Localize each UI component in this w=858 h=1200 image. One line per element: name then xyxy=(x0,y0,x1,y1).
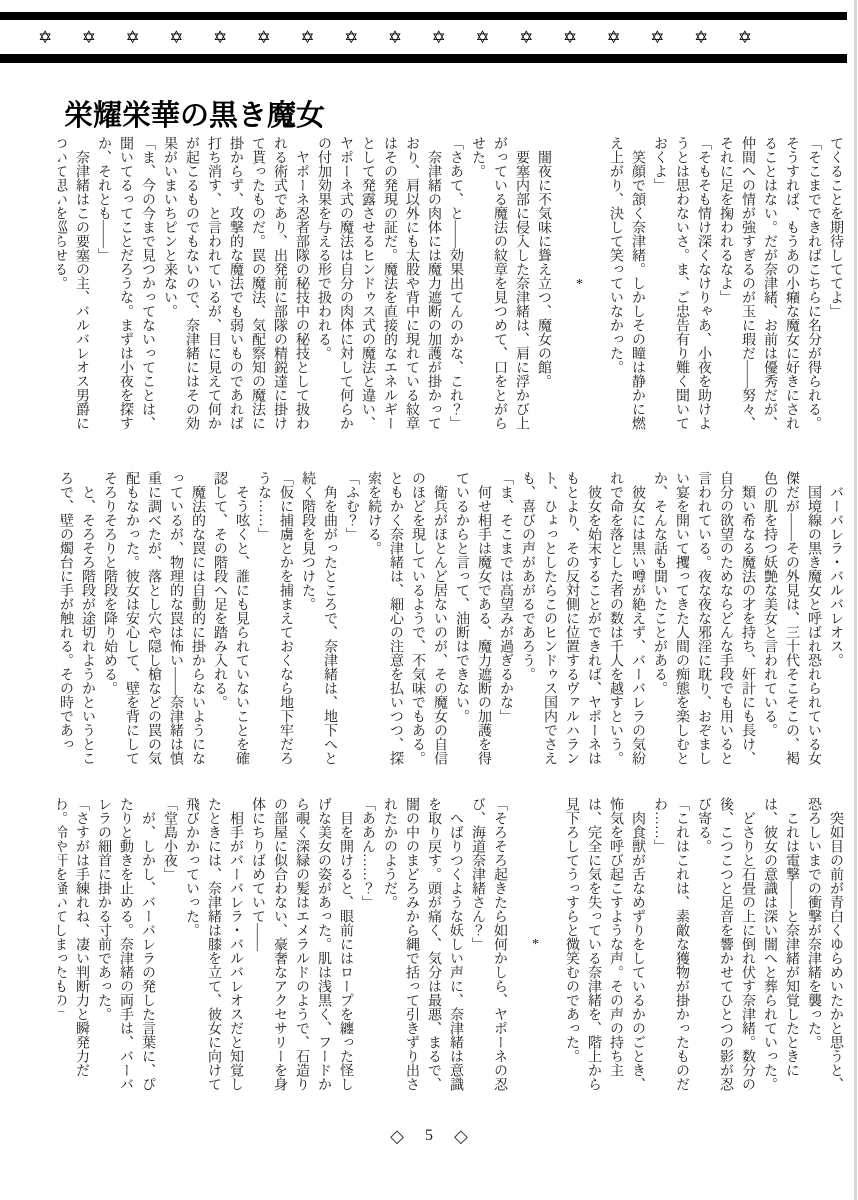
paragraph: ヤポーネ忍者部隊の秘技中の秘技として扱われる術式であり、出発前に部隊の精鋭達に掛… xyxy=(158,136,312,432)
paragraph: へばりつくような妖しい声に、奈津緒は意識を取り戻す。頭が痛く、気分は最悪、まるで… xyxy=(378,797,466,1091)
text-band-2: バーバレラ・バルバレオス。国境線の黒き魔女と呼ばれ恐れられている女傑だが――その… xyxy=(58,471,846,765)
star-of-david-icon: ✡ xyxy=(344,30,358,47)
header-rule-top xyxy=(0,12,847,20)
paragraph: 笑顔で頷く奈津緒。しかしその瞳は静かに燃え上がり、決して笑っていなかった。 xyxy=(604,136,648,432)
paragraph: 「ま、今の今まで見つかってないってことは、聞いてるってことだろうな。まずは小夜を… xyxy=(92,136,158,432)
paragraph: 「ま、そこまでは高望みが過ぎるかな」 xyxy=(494,471,516,765)
page-root: { "header": { "star_glyph": "✡", "star_c… xyxy=(0,0,858,1200)
star-of-david-icon: ✡ xyxy=(300,30,314,47)
paragraph: 衛兵がほとんど居ないのが、その魔女の自信のほどを現しているようで、不気味でもある… xyxy=(362,471,450,765)
paragraph: 「さあて、と――効果出てんのかな、これ？」 xyxy=(444,136,466,432)
paragraph: 奈津緒はこの要塞の主、バルバレオス男爵について思いを巡らせる。 xyxy=(58,136,92,432)
header-rule-bottom xyxy=(0,54,847,63)
star-of-david-icon: ✡ xyxy=(169,30,183,47)
diamond-icon: ◇ xyxy=(454,1127,468,1145)
paragraph: 相手がバーバレラ・バルバレオスだと知覚したときには、奈津緒は膝を立て、彼女に向け… xyxy=(180,797,246,1091)
star-of-david-icon: ✡ xyxy=(125,30,139,47)
paragraph: と、そろそろ階段が途切れようかというところで、壁の燭台に手が触れる。その時であっ… xyxy=(58,471,98,765)
paragraph: バーバレラ・バルバレオス。 xyxy=(824,471,846,765)
paragraph: 「そもそも情け深くなけりゃあ、小夜を助けようとは思わないさ。ま、ご忠告有り難く聞… xyxy=(648,136,714,432)
star-of-david-icon: ✡ xyxy=(82,30,96,47)
star-of-david-icon: ✡ xyxy=(694,30,708,47)
star-of-david-icon: ✡ xyxy=(213,30,227,47)
paragraph: 類い希なる魔法の才を持ち、奸計にも長け、自分の欲望のためならどんな手段でも用いる… xyxy=(648,471,758,765)
paragraph: そう呟くと、誰にも見られていないことを確認して、その階段へ足を踏み入れる。 xyxy=(208,471,252,765)
paragraph: 「仮に捕虜とかを捕まえておくなら地下牢だろうな……」 xyxy=(252,471,296,765)
paragraph: 魔法的な罠には自動的に掛からないようになっているが、物理的な罠は怖い――奈津緒は… xyxy=(98,471,208,765)
paragraph: 「これはこれは、素敵な獲物が掛かったものだわ……」 xyxy=(648,797,692,1091)
star-of-david-icon: ✡ xyxy=(388,30,402,47)
star-of-david-icon: ✡ xyxy=(432,30,446,47)
star-of-david-icon: ✡ xyxy=(563,30,577,47)
star-of-david-icon: ✡ xyxy=(607,30,621,47)
section-break: * xyxy=(568,136,590,432)
diamond-icon: ◇ xyxy=(390,1127,404,1145)
paragraph: 奈津緒の肉体には魔力遮断の加護が掛かっており、肩以外にも太股や背中に現れている紋… xyxy=(312,136,444,432)
star-of-david-icon: ✡ xyxy=(519,30,533,47)
page-title: 栄耀栄華の黒き魔女 xyxy=(64,93,325,134)
paragraph: 彼女には黒い噂が絶えず、バーバレラの気紛れで命を落とした者の数は千人を越すという… xyxy=(604,471,648,765)
paragraph: 「さすがは手練れね、凄い判断力と瞬発力だわ。冷や汗を掻いてしまったもの」 xyxy=(58,797,92,1091)
paragraph: 要塞内部に侵入した奈津緒は、肩に浮かび上がっている魔法の紋章を見つめて、口をとが… xyxy=(466,136,532,432)
paragraph: てくることを期待しててよ」 xyxy=(824,136,846,432)
page-number: 5 xyxy=(425,1128,433,1144)
star-of-david-icon: ✡ xyxy=(650,30,664,47)
paragraph: これは電撃――と奈津緒が知覚したときには、彼女の意識は深い闇へと葬られていった。 xyxy=(758,797,802,1091)
paragraph: 角を曲がったところで、奈津緒は、地下へと続く階段を見つけた。 xyxy=(296,471,340,765)
paragraph: 突如目の前が青白くゆらめいたかと思うと、恐ろしいまでの衝撃が奈津緒を襲った。 xyxy=(802,797,846,1091)
page-edge-line xyxy=(854,0,857,1200)
text-band-1: てくることを期待しててよ」「そこまでできればこちらに名分が得られる。そうすれば、… xyxy=(58,136,846,432)
star-border: ✡✡✡✡✡✡✡✡✡✡✡✡✡✡✡✡✡ xyxy=(38,30,752,47)
paragraph: 「ふむ？」 xyxy=(340,471,362,765)
paragraph: 何せ相手は魔女である、魔力遮断の加護を得ているからと言って、油断はできない。 xyxy=(450,471,494,765)
star-of-david-icon: ✡ xyxy=(738,30,752,47)
paragraph: 国境線の黒き魔女と呼ばれ恐れられている女傑だが――その外見は、三十代そこそこの、… xyxy=(758,471,824,765)
paragraph: 「そこまでできればこちらに名分が得られる。そうすれば、もうあの小癪な魔女に好きに… xyxy=(714,136,824,432)
paragraph: が、しかし、バーバレラの発した言葉に、ぴたりと動きを止める。奈津緒の両手は、バー… xyxy=(92,797,158,1091)
star-of-david-icon: ✡ xyxy=(475,30,489,47)
paragraph: 「そろそろ起きたら如何かしら、ヤポーネの忍び、海道奈津緒さん？」 xyxy=(466,797,510,1091)
paragraph: 目を開けると、眼前にはロープを纏った怪しげな美女の姿があった。肌は浅黒く、フード… xyxy=(246,797,356,1091)
text-band-3: 突如目の前が青白くゆらめいたかと思うと、恐ろしいまでの衝撃が奈津緒を襲った。これ… xyxy=(58,797,846,1091)
paragraph: 闇夜に不気味に聳え立つ、魔女の館。 xyxy=(532,136,554,432)
paragraph: 肉食獣が舌なめずりをしているかのごとき、怖気を呼び起こすような声。その声の持ち主… xyxy=(560,797,648,1091)
paragraph: どさりと石畳の上に倒れ伏す奈津緒。数分の後、こつこつと足音を響かせてひとつの影が… xyxy=(692,797,758,1091)
paragraph: 彼女を始末することができれば、ヤポーネはもとより、その反対側に位置するヴァルハラ… xyxy=(516,471,604,765)
section-break: * xyxy=(524,797,546,1091)
page-footer: ◇ 5 ◇ xyxy=(0,1127,858,1145)
star-of-david-icon: ✡ xyxy=(38,30,52,47)
paragraph: 「堂島小夜」 xyxy=(158,797,180,1091)
star-of-david-icon: ✡ xyxy=(257,30,271,47)
paragraph: 「ああん……？」 xyxy=(356,797,378,1091)
